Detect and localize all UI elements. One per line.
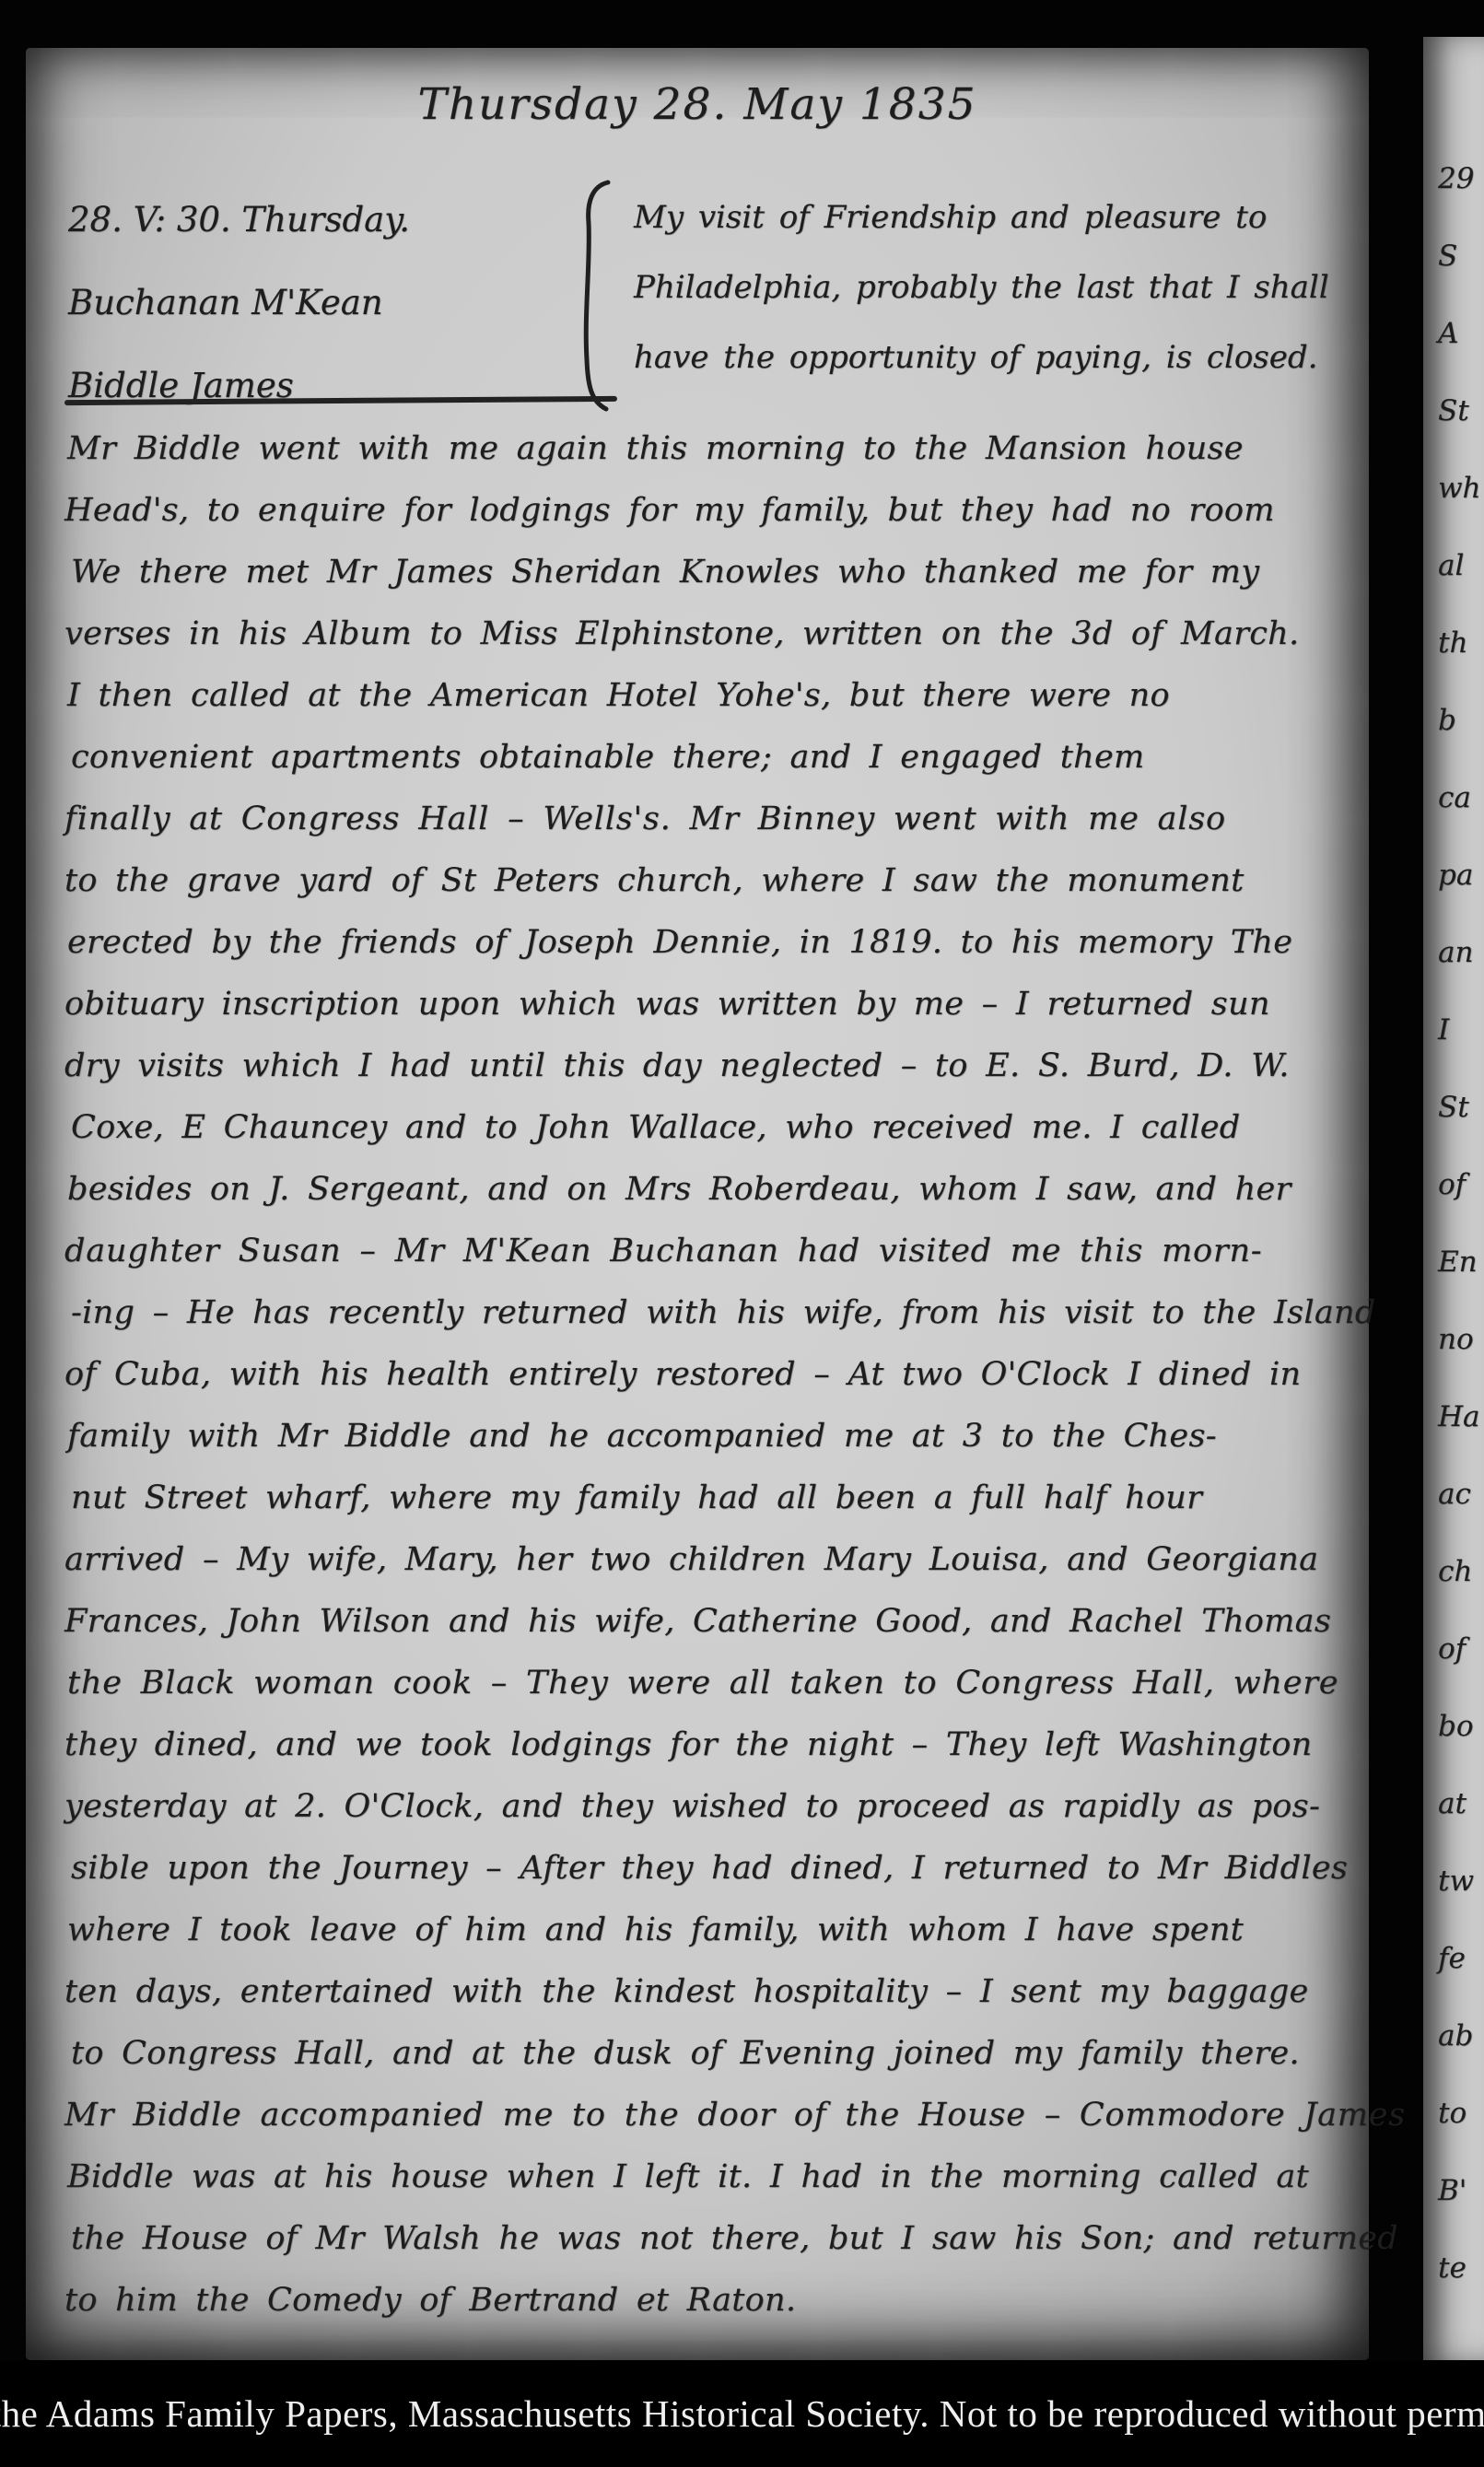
text-fragment: Ha — [1423, 1378, 1484, 1456]
text-fragment: ch — [1423, 1533, 1484, 1610]
text-fragment: th — [1423, 604, 1484, 682]
scanned-diary-page: Thursday 28. May 1835 28. V: 30. Thursda… — [0, 0, 1484, 2467]
text-fragment: to — [1423, 2075, 1484, 2152]
diary-text-line: -ing – He has recently returned with his… — [71, 1282, 1358, 1344]
text-fragment: A — [1423, 295, 1484, 372]
diary-text-line: the Black woman cook – They were all tak… — [67, 1653, 1358, 1714]
diary-text-line: family with Mr Biddle and he accompanied… — [67, 1406, 1358, 1467]
entry-summary: My visit of Friendship and pleasure toPh… — [634, 182, 1361, 392]
diary-body-text: Mr Biddle went with me again this mornin… — [64, 418, 1358, 2332]
text-fragment: b — [1423, 682, 1484, 759]
text-fragment: 29 — [1423, 140, 1484, 217]
handwritten-brace-icon — [566, 177, 623, 413]
text-fragment: S — [1423, 217, 1484, 295]
summary-line: My visit of Friendship and pleasure to — [634, 182, 1361, 252]
margin-line-date-time: 28. V: 30. Thursday. — [68, 179, 410, 262]
diary-text-line: daughter Susan – Mr M'Kean Buchanan had … — [64, 1221, 1358, 1282]
diary-text-line: ten days, entertained with the kindest h… — [64, 1961, 1358, 2023]
diary-text-line: finally at Congress Hall – Wells's. Mr B… — [64, 789, 1358, 850]
diary-text-line: arrived – My wife, Mary, her two childre… — [64, 1529, 1358, 1591]
text-fragment: En — [1423, 1223, 1484, 1301]
diary-text-line: Coxe, E Chauncey and to John Wallace, wh… — [71, 1097, 1358, 1159]
text-fragment: St — [1423, 372, 1484, 450]
diary-text-line: yesterday at 2. O'Clock, and they wished… — [64, 1776, 1358, 1838]
diary-text-line: of Cuba, with his health entirely restor… — [64, 1344, 1358, 1406]
text-fragment: at — [1423, 1765, 1484, 1842]
margin-line-name-1: Buchanan M'Kean — [68, 262, 410, 345]
diary-text-line: they dined, and we took lodgings for the… — [64, 1714, 1358, 1776]
diary-text-line: to Congress Hall, and at the dusk of Eve… — [71, 2023, 1358, 2085]
diary-text-line: the House of Mr Walsh he was not there, … — [71, 2208, 1358, 2270]
text-fragment: ab — [1423, 1997, 1484, 2075]
text-fragment: fe — [1423, 1920, 1484, 1997]
diary-text-line: to the grave yard of St Peters church, w… — [64, 850, 1358, 912]
text-fragment: wh — [1423, 450, 1484, 527]
text-fragment: an — [1423, 914, 1484, 991]
margin-index: 28. V: 30. Thursday. Buchanan M'Kean Bid… — [68, 179, 410, 427]
text-fragment: tw — [1423, 1842, 1484, 1920]
adjacent-page-sliver: 29SAStwhalthbcapaanIStofEnnoHaacchofboat… — [1423, 37, 1484, 2360]
diary-text-line: Frances, John Wilson and his wife, Cathe… — [64, 1591, 1358, 1653]
archive-caption: From the Adams Family Papers, Massachuse… — [0, 2391, 1484, 2436]
text-fragment: pa — [1423, 836, 1484, 914]
text-fragment: I — [1423, 991, 1484, 1069]
text-fragment: of — [1423, 1146, 1484, 1223]
diary-text-line: convenient apartments obtainable there; … — [71, 727, 1358, 789]
entry-date-heading: Thursday 28. May 1835 — [26, 79, 1369, 130]
text-fragment: of — [1423, 1610, 1484, 1688]
text-fragment: al — [1423, 527, 1484, 604]
text-fragment: ca — [1423, 759, 1484, 836]
diary-text-line: Mr Biddle went with me again this mornin… — [67, 418, 1358, 480]
diary-text-line: Head's, to enquire for lodgings for my f… — [64, 480, 1358, 542]
diary-text-line: where I took leave of him and his family… — [67, 1900, 1358, 1961]
text-fragment: bo — [1423, 1688, 1484, 1765]
diary-text-line: obituary inscription upon which was writ… — [64, 974, 1358, 1035]
margin-line-name-2: Biddle James — [68, 345, 410, 427]
adjacent-page-text-fragments: 29SAStwhalthbcapaanIStofEnnoHaacchofboat… — [1423, 37, 1484, 2307]
text-fragment: te — [1423, 2229, 1484, 2307]
summary-line: have the opportunity of paying, is close… — [634, 322, 1361, 392]
manuscript-page: Thursday 28. May 1835 28. V: 30. Thursda… — [26, 48, 1369, 2360]
diary-text-line: to him the Comedy of Bertrand et Raton. — [64, 2270, 1358, 2332]
text-fragment: no — [1423, 1301, 1484, 1378]
text-fragment: St — [1423, 1069, 1484, 1146]
summary-line: Philadelphia, probably the last that I s… — [634, 252, 1361, 322]
diary-text-line: Biddle was at his house when I left it. … — [67, 2146, 1358, 2208]
diary-text-line: Mr Biddle accompanied me to the door of … — [64, 2085, 1358, 2146]
diary-text-line: dry visits which I had until this day ne… — [64, 1035, 1358, 1097]
diary-text-line: sible upon the Journey – After they had … — [71, 1838, 1358, 1900]
diary-text-line: nut Street wharf, where my family had al… — [71, 1467, 1358, 1529]
archive-caption-bar: From the Adams Family Papers, Massachuse… — [0, 2360, 1484, 2467]
diary-text-line: erected by the friends of Joseph Dennie,… — [67, 912, 1358, 974]
text-fragment: ac — [1423, 1456, 1484, 1533]
diary-text-line: verses in his Album to Miss Elphinstone,… — [64, 603, 1358, 665]
diary-text-line: We there met Mr James Sheridan Knowles w… — [71, 542, 1358, 603]
text-fragment: B' — [1423, 2152, 1484, 2229]
diary-text-line: besides on J. Sergeant, and on Mrs Rober… — [67, 1159, 1358, 1221]
diary-text-line: I then called at the American Hotel Yohe… — [67, 665, 1358, 727]
